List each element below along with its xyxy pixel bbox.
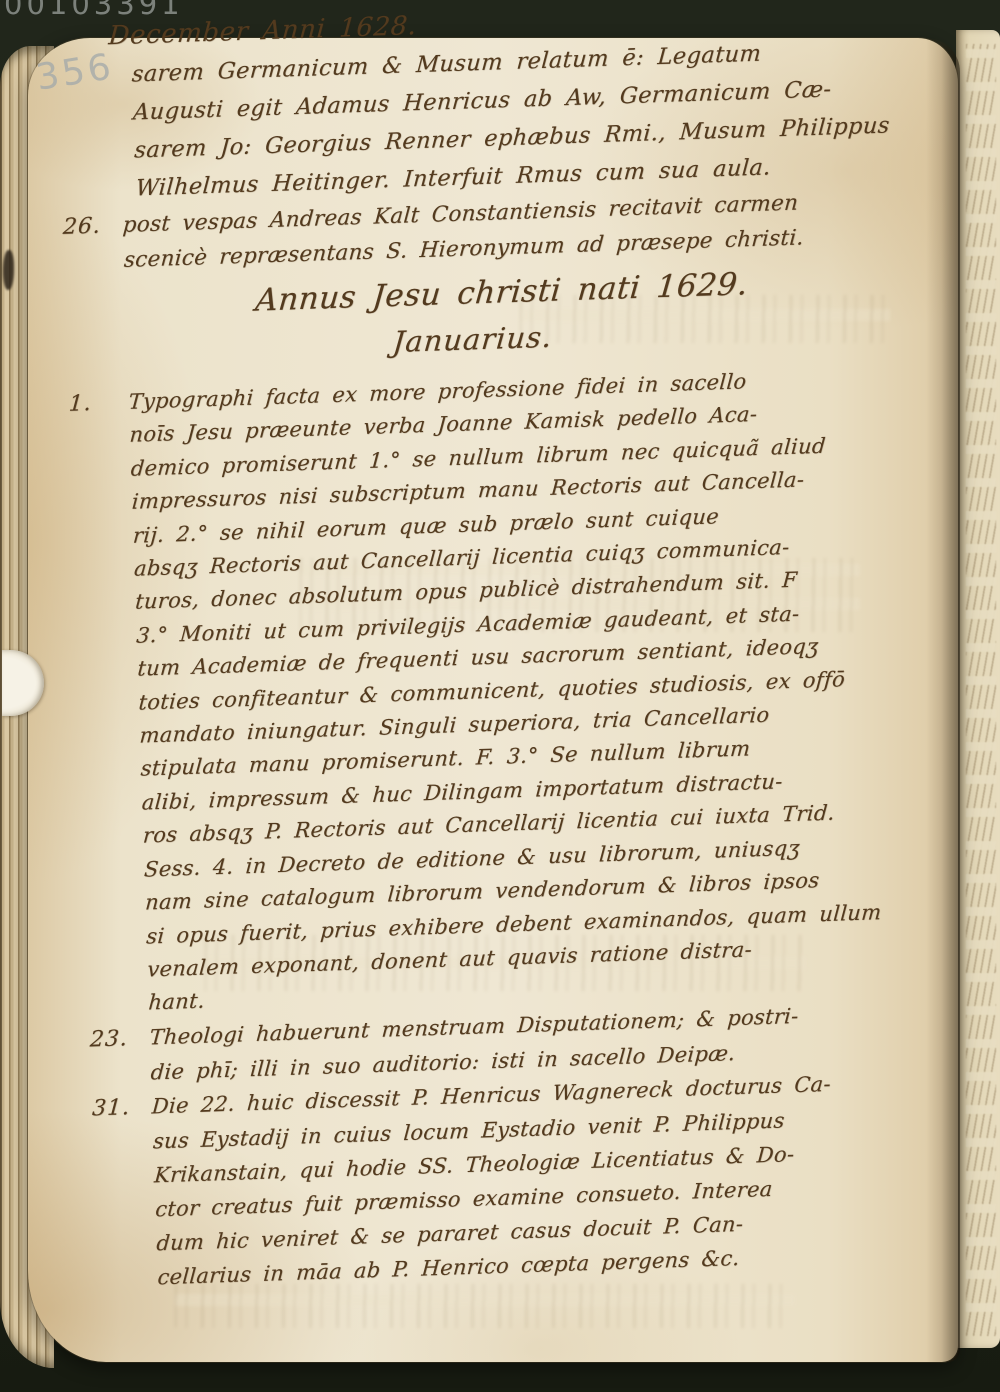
entry-day-number — [72, 509, 130, 511]
diary-entry-31: 31.Die 22. huic discessit P. Henricus Wa… — [92, 1062, 986, 1296]
entry-day-number — [79, 709, 137, 711]
entry-day-number — [88, 976, 146, 978]
diary-entry-1: 1.Typographi facta ex more professione f… — [68, 358, 977, 1022]
entry-day-number — [77, 643, 135, 645]
entry-day-number — [78, 676, 136, 678]
entry-day-number — [89, 1010, 147, 1012]
entry-day-number: 23. — [89, 1021, 149, 1057]
entry-day-number — [98, 1284, 156, 1286]
entry-day-number — [75, 576, 133, 578]
entry-day-number — [96, 1216, 154, 1218]
entry-day-number — [76, 609, 134, 611]
entry-day-number — [86, 910, 144, 912]
entry-day-number — [85, 876, 143, 878]
entry-day-number — [82, 810, 140, 812]
entry-day-number — [97, 1250, 155, 1252]
entry-day-number — [91, 1079, 149, 1081]
entry-day-number — [70, 442, 128, 444]
entry-day-number — [81, 776, 139, 778]
entry-day-number — [80, 743, 138, 745]
entry-day-number — [83, 843, 141, 845]
handwritten-text-block: December Anni 1628.sarem Germanicum & Mu… — [56, 0, 986, 1296]
manuscript-scan: { "scan": { "scanner_label": "00103391",… — [0, 0, 1000, 1392]
entry-day-number — [94, 1148, 152, 1150]
entry-day-number: 1. — [68, 386, 128, 421]
december-continuation: sarem Germanicum & Musum relatum ē: Lega… — [57, 29, 950, 210]
entry-day-number — [87, 943, 145, 945]
entry-day-number — [95, 1182, 153, 1184]
ink-smudge — [3, 250, 14, 290]
entry-day-number: 31. — [91, 1090, 151, 1126]
entry-day-number — [73, 542, 131, 544]
entry-day-number — [64, 267, 122, 269]
scanner-id-label: 00103391 — [4, 0, 184, 21]
entry-day-number: 26. — [62, 208, 122, 245]
entry-day-number — [71, 476, 129, 478]
